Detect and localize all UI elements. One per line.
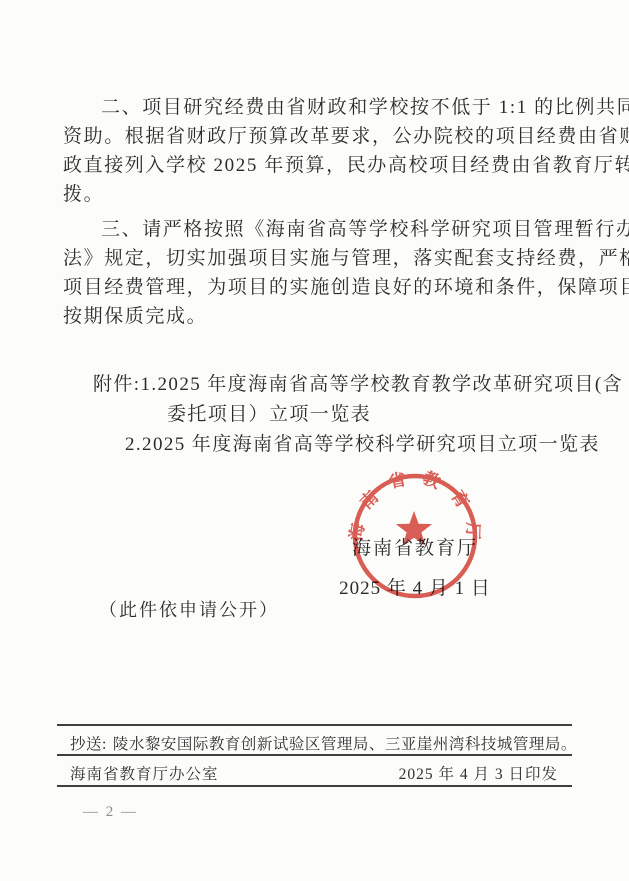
cc-line: 抄送:陵水黎安国际教育创新试验区管理局、三亚崖州湾科技城管理局。 [70, 732, 570, 754]
attachment-item-2: 2.2025 年度海南省高等学校科学研究项目立项一览表 [63, 430, 583, 460]
disclosure-note: （此件依申请公开） [99, 596, 279, 622]
text-line: 资助。根据省财政厅预算改革要求，公办院校的项目经费由省财 [63, 122, 573, 151]
text-line: 拨。 [63, 180, 573, 209]
issuing-office: 海南省教育厅办公室 [70, 762, 219, 784]
cc-recipients: 陵水黎安国际教育创新试验区管理局、三亚崖州湾科技城管理局。 [113, 736, 577, 753]
document-page: 二、项目研究经费由省财政和学校按不低于 1:1 的比例共同 资助。根据省财政厅预… [0, 0, 629, 881]
footer-bottom-rule [57, 785, 572, 787]
text-line: 项目经费管理，为项目的实施创造良好的环境和条件，保障项目 [63, 273, 573, 302]
issuer-row: 海南省教育厅办公室 2025 年 4 月 3 日印发 [57, 762, 572, 784]
attachment-list: 附件:1.2025 年度海南省高等学校教育教学改革研究项目(含 委托项目）立项一… [63, 370, 583, 460]
text-line: 三、请严格按照《海南省高等学校科学研究项目管理暂行办 [63, 215, 573, 244]
paragraph-2: 二、项目研究经费由省财政和学校按不低于 1:1 的比例共同 资助。根据省财政厅预… [63, 93, 573, 209]
footer-top-rule [57, 724, 572, 726]
official-seal-stamp: 海南省教育厅 [348, 470, 482, 604]
text-line: 政直接列入学校 2025 年预算，民办高校项目经费由省教育厅转 [63, 151, 573, 180]
attachment-item-1-text: 1.2025 年度海南省高等学校教育教学改革研究项目(含 [140, 374, 623, 395]
footer-middle-rule [57, 754, 572, 756]
attachment-item-1-line-2: 委托项目）立项一览表 [63, 400, 583, 430]
text-line: 二、项目研究经费由省财政和学校按不低于 1:1 的比例共同 [63, 93, 573, 122]
cc-label: 抄送: [70, 736, 107, 753]
seal-text: 海南省教育厅 [348, 470, 482, 554]
seal-star-icon [396, 511, 432, 545]
page-number: — 2 — [83, 804, 138, 821]
text-line: 按期保质完成。 [63, 302, 573, 331]
print-date: 2025 年 4 月 3 日印发 [399, 762, 558, 784]
attachment-label: 附件: [93, 374, 140, 395]
text-line: 法》规定，切实加强项目实施与管理，落实配套支持经费，严格 [63, 244, 573, 273]
paragraph-3: 三、请严格按照《海南省高等学校科学研究项目管理暂行办 法》规定，切实加强项目实施… [63, 215, 573, 331]
attachment-item-1-line-1: 附件:1.2025 年度海南省高等学校教育教学改革研究项目(含 [63, 370, 583, 400]
svg-text:海南省教育厅: 海南省教育厅 [348, 470, 482, 554]
